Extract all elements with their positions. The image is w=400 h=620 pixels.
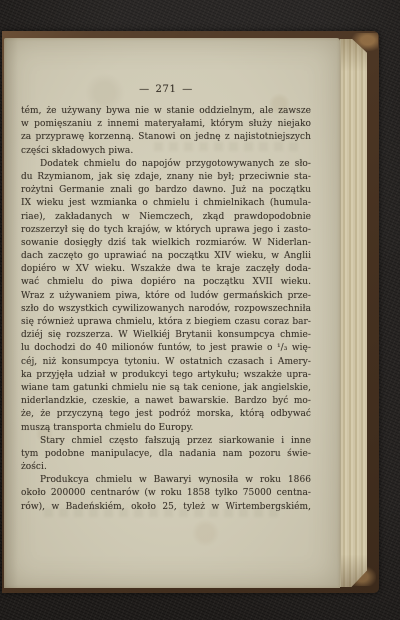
text-line: żości. <box>21 461 311 474</box>
text-line: tym podobne manipulacye, dla nadania nam… <box>21 448 311 461</box>
text-line: céj, niż konsumpcya tytoniu. W ostatnich… <box>21 356 311 369</box>
text-line: Wraz z używaniem piwa, które od ludów ge… <box>21 290 311 303</box>
text-line: wiane tam gatunki chmielu nie są tak cen… <box>21 382 311 395</box>
text-line: Produkcya chmielu w Bawaryi wynosiła w r… <box>21 474 311 487</box>
text-line: w pomięszaniu z innemi materyałami, któr… <box>21 118 311 131</box>
text-line: części składowych piwa. <box>21 145 311 158</box>
text-line: muszą transporta chmielu do Europy. <box>21 422 311 435</box>
text-line: lu dochodzi do 40 milionów funtów, to je… <box>21 342 311 355</box>
text-line: dziéj się rozszerza. W Wielkiéj Brytanii… <box>21 329 311 342</box>
book-page: — 271 — tém, że używany bywa nie w stani… <box>4 38 340 588</box>
page-number-header: — 271 — <box>21 83 311 97</box>
text-line: sowanie dosięgły dziś tak wielkich rozmi… <box>21 237 311 250</box>
text-line: się również uprawa chmielu, która z bieg… <box>21 316 311 329</box>
text-line: riae), zakładanych w Niemczech, zkąd pra… <box>21 211 311 224</box>
text-line: ka przyjęła udział w produkcyi tego arty… <box>21 369 311 382</box>
text-line: niderlandzkie, czeskie, a nawet bawarski… <box>21 395 311 408</box>
text-lines: tém, że używany bywa nie w stanie oddzie… <box>21 105 311 514</box>
text-line: IX wieku jest wzmianka o chmielu i chmie… <box>21 197 311 210</box>
text-line: du Rzymianom, jak się zdaje, znany nie b… <box>21 171 311 184</box>
text-line: dach zaczęto go uprawiać na początku XIV… <box>21 250 311 263</box>
text-line: tém, że używany bywa nie w stanie oddzie… <box>21 105 311 118</box>
text-line: szło do wszystkich cywilizowanych narodó… <box>21 303 311 316</box>
text-line: za przyprawę korzenną. Stanowi on jednę … <box>21 131 311 144</box>
photo-background: — 271 — tém, że używany bywa nie w stani… <box>0 0 400 620</box>
text-line: rów), w Badeńskiém, około 25, tyleż w Wi… <box>21 501 311 514</box>
text-line: Stary chmiel często fałszują przez siark… <box>21 435 311 448</box>
text-line: dopiéro w XV wieku. Wszakże dwa te kraje… <box>21 263 311 276</box>
text-line: około 200000 centnarów (w roku 1858 tylk… <box>21 487 311 500</box>
gutter-shadow <box>4 38 18 588</box>
text-line: rozszerzył się do tych krajów, w których… <box>21 224 311 237</box>
text-line: Dodatek chmielu do napojów przygotowywan… <box>21 158 311 171</box>
text-line: rożytni Germanie znali go bardzo dawno. … <box>21 184 311 197</box>
text-line: wać chmielu do piwa dopiéro na początku … <box>21 276 311 289</box>
text-line: że, że przyczyną tego jest podróż morska… <box>21 408 311 421</box>
page-stack-fore-edge <box>340 39 367 587</box>
